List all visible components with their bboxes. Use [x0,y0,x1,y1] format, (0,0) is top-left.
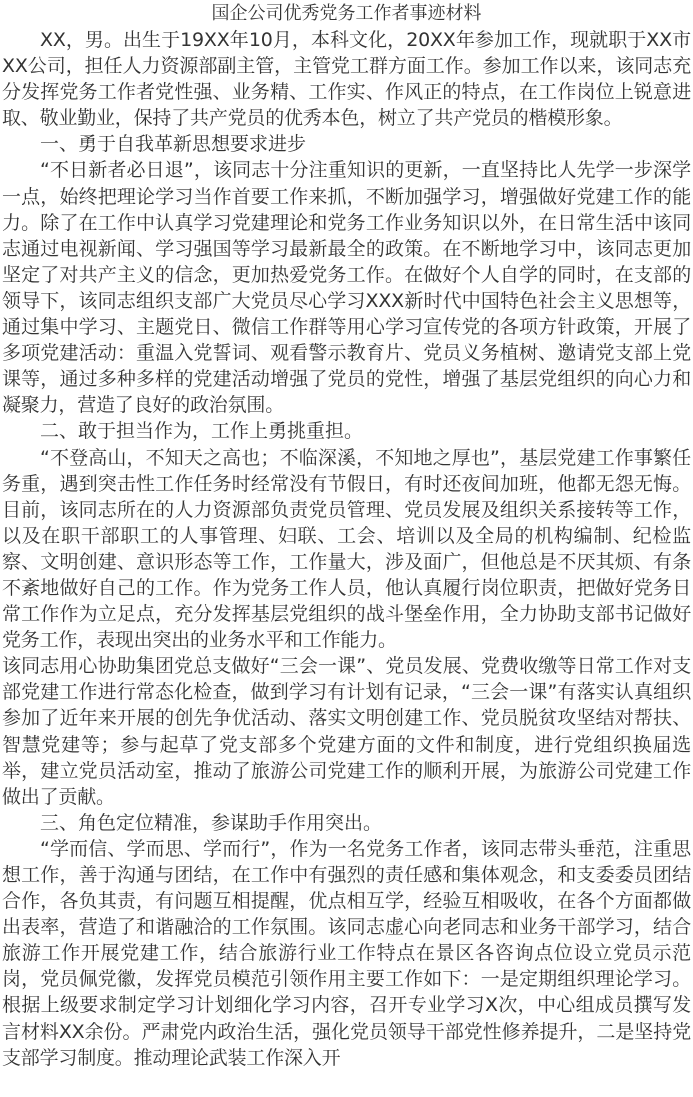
document: 国企公司优秀党务工作者事迹材料 XX，男。出生于19XX年10月，本科文化，20… [0,1,693,1071]
section-heading-1: 一、勇于自我革新思想要求进步 [2,131,691,157]
section-2-paragraph-2: 该同志用心协助集团党总支做好“三会一课”、党员发展、党费收缴等日常工作对支部党建… [2,653,691,810]
section-1-paragraph: “不日新者必日退”，该同志十分注重知识的更新，一直坚持比人先学一步深学一点，始终… [2,157,691,418]
section-3-paragraph: “学而信、学而思、学而行”，作为一名党务工作者，该同志带头垂范，注重思想工作，善… [2,836,691,1071]
section-2-paragraph-1: “不登高山，不知天之高也；不临深溪，不知地之厚也”，基层党建工作事繁任务重，遇到… [2,445,691,654]
intro-paragraph: XX，男。出生于19XX年10月，本科文化，20XX年参加工作，现就职于XX市X… [2,27,691,131]
section-heading-2: 二、敢于担当作为，工作上勇挑重担。 [2,418,691,444]
section-heading-3: 三、角色定位精准，参谋助手作用突出。 [2,810,691,836]
document-title: 国企公司优秀党务工作者事迹材料 [2,1,691,27]
